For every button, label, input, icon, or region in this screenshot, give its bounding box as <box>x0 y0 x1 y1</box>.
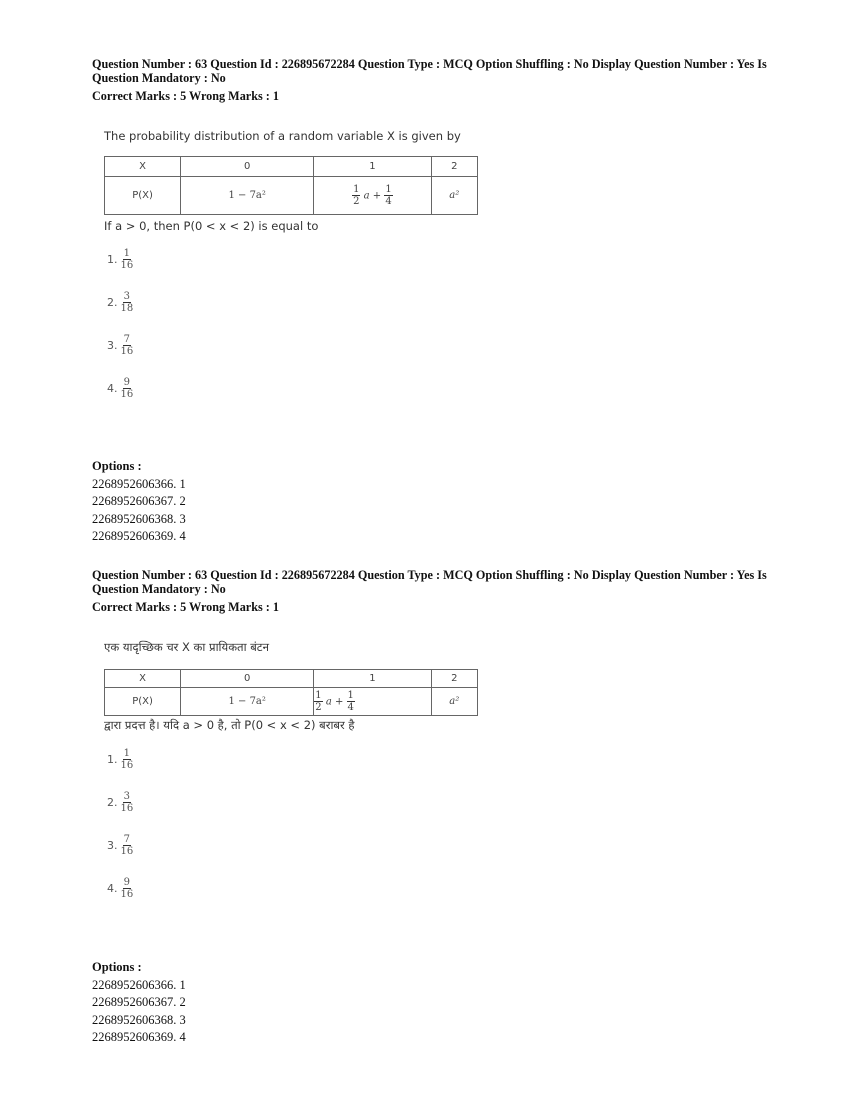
question-meta: Question Number : 63 Question Id : 22689… <box>92 568 772 614</box>
cell-x-1: 1 <box>314 670 431 688</box>
fraction: 14 <box>384 184 392 207</box>
cell-px-2: a² <box>431 177 477 215</box>
option-id-1: 2268952606366. 1 <box>92 977 186 995</box>
cell-px-2: a² <box>431 688 477 716</box>
choice-3: 3.716 <box>107 834 133 857</box>
option-id-4: 2268952606369. 4 <box>92 528 186 546</box>
cell-x-header: X <box>105 157 181 177</box>
option-id-3: 2268952606368. 3 <box>92 1012 186 1030</box>
option-id-3: 2268952606368. 3 <box>92 511 186 529</box>
question-intro: एक यादृच्छिक चर X का प्रायिकता बंटन <box>104 640 269 655</box>
meta-line-2: Question Mandatory : No <box>92 71 772 85</box>
cell-px-label: P(X) <box>105 177 181 215</box>
option-id-2: 2268952606367. 2 <box>92 493 186 511</box>
cell-x-0: 0 <box>181 670 314 688</box>
cell-px-0: 1 − 7a² <box>181 688 314 716</box>
choice-3: 3.716 <box>107 334 133 357</box>
option-id-1: 2268952606366. 1 <box>92 476 186 494</box>
cell-x-2: 2 <box>431 157 477 177</box>
choice-2: 2.318 <box>107 291 133 314</box>
cell-px-1: 12 a + 14 <box>314 688 431 716</box>
cell-px-0: 1 − 7a² <box>181 177 314 215</box>
option-id-4: 2268952606369. 4 <box>92 1029 186 1047</box>
question-condition: If a > 0, then P(0 < x < 2) is equal to <box>104 219 318 233</box>
choice-1: 1.116 <box>107 248 133 271</box>
choice-2: 2.316 <box>107 791 133 814</box>
options-header: Options : <box>92 458 186 476</box>
question-intro: The probability distribution of a random… <box>104 129 461 143</box>
choice-4: 4.916 <box>107 877 133 900</box>
cell-x-2: 2 <box>431 670 477 688</box>
fraction: 12 <box>352 184 360 207</box>
cell-x-0: 0 <box>181 157 314 177</box>
meta-line-2: Question Mandatory : No <box>92 582 772 596</box>
cell-px-1: 12 a + 14 <box>314 177 431 215</box>
cell-px-label: P(X) <box>105 688 181 716</box>
cell-x-header: X <box>105 670 181 688</box>
options-list: Options : 2268952606366. 1 2268952606367… <box>92 458 186 546</box>
question-condition: द्वारा प्रदत्त है। यदि a > 0 है, तो P(0 … <box>104 718 354 733</box>
options-header: Options : <box>92 959 186 977</box>
distribution-table: X 0 1 2 P(X) 1 − 7a² 12 a + 14 a² <box>104 669 478 716</box>
choice-4: 4.916 <box>107 377 133 400</box>
choice-1: 1.116 <box>107 748 133 771</box>
fraction: 14 <box>347 690 355 713</box>
marks-line: Correct Marks : 5 Wrong Marks : 1 <box>92 600 772 614</box>
meta-line-1: Question Number : 63 Question Id : 22689… <box>92 57 772 71</box>
options-list: Options : 2268952606366. 1 2268952606367… <box>92 959 186 1047</box>
question-meta: Question Number : 63 Question Id : 22689… <box>92 57 772 103</box>
cell-x-1: 1 <box>314 157 431 177</box>
meta-line-1: Question Number : 63 Question Id : 22689… <box>92 568 772 582</box>
option-id-2: 2268952606367. 2 <box>92 994 186 1012</box>
marks-line: Correct Marks : 5 Wrong Marks : 1 <box>92 89 772 103</box>
fraction: 12 <box>314 690 322 713</box>
distribution-table: X 0 1 2 P(X) 1 − 7a² 12 a + 14 a² <box>104 156 478 215</box>
